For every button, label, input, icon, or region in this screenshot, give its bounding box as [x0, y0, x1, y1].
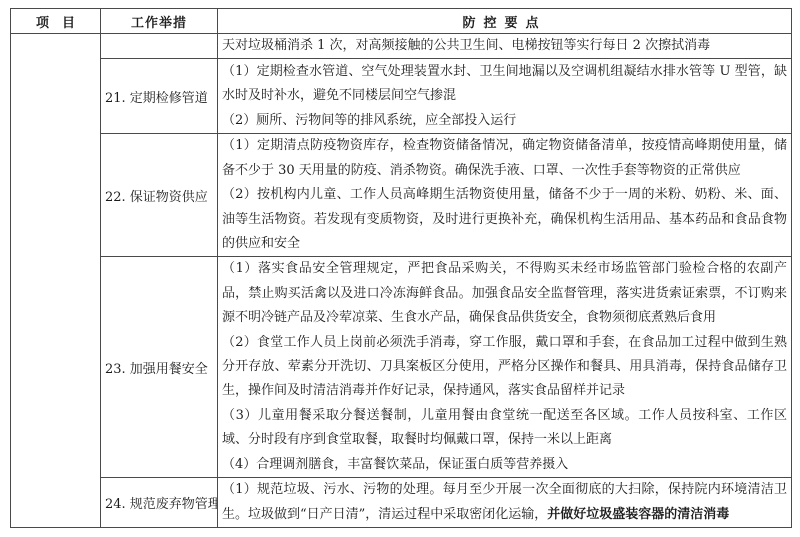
point-paragraph: 天对垃圾桶消杀 1 次，对高频接触的公共卫生间、电梯按钮等实行每日 2 次擦拭消… — [222, 34, 787, 58]
point-paragraph: （3）儿童用餐采取分餐送餐制，儿童用餐由食堂统一配送至各区域。工作人员按科室、工… — [222, 404, 787, 453]
table-row-22: 22. 保证物资供应 （1）定期清点防疫物资库存，检查物资储备情况，确定物资储备… — [11, 134, 792, 257]
table-row-23: 23. 加强用餐安全 （1）落实食品安全管理规定，严把食品采购关，不得购买未经市… — [11, 257, 792, 478]
point-paragraph: （1）规范垃圾、污水、污物的处理。每月至少开展一次全面彻底的大扫除，保持院内环境… — [222, 478, 787, 527]
points-cell: （1）定期清点防疫物资库存，检查物资储备情况，确定物资储备清单，按疫情高峰期使用… — [218, 134, 792, 257]
points-cell: （1）定期检查水管道、空气处理装置水封、卫生间地漏以及空调机组凝结水排水管等 U… — [218, 59, 792, 134]
point-paragraph: （2）厕所、污物间等的排风系统，应全部投入运行 — [222, 109, 787, 133]
measure-cell-23: 23. 加强用餐安全 — [101, 257, 218, 478]
measure-cell-empty — [101, 34, 218, 59]
header-measures: 工作举措 — [101, 9, 218, 34]
point-paragraph: （1）定期清点防疫物资库存，检查物资储备情况，确定物资储备清单，按疫情高峰期使用… — [222, 134, 787, 183]
point-paragraph: （1）定期检查水管道、空气处理装置水封、卫生间地漏以及空调机组凝结水排水管等 U… — [222, 60, 787, 109]
table-row-24: 24. 规范废弃物管理 （1）规范垃圾、污水、污物的处理。每月至少开展一次全面彻… — [11, 478, 792, 528]
measure-cell-22: 22. 保证物资供应 — [101, 134, 218, 257]
point-paragraph: （2）按机构内儿童、工作人员高峰期生活物资使用量，储备不少于一周的米粉、奶粉、米… — [222, 183, 787, 256]
project-merged-cell — [11, 34, 101, 528]
measure-cell-21: 21. 定期检修管道 — [101, 59, 218, 134]
table-row-21: 21. 定期检修管道 （1）定期检查水管道、空气处理装置水封、卫生间地漏以及空调… — [11, 59, 792, 134]
prevention-control-table: 项 目 工作举措 防控要点 天对垃圾桶消杀 1 次，对高频接触的公共卫生间、电梯… — [10, 8, 792, 528]
header-key-points: 防控要点 — [218, 9, 792, 34]
measure-cell-24: 24. 规范废弃物管理 — [101, 478, 218, 528]
point-paragraph: （4）合理调剂膳食，丰富餐饮菜品，保证蛋白质等营养摄入 — [222, 453, 787, 477]
document-page: 项 目 工作举措 防控要点 天对垃圾桶消杀 1 次，对高频接触的公共卫生间、电梯… — [0, 0, 800, 537]
points-cell: 天对垃圾桶消杀 1 次，对高频接触的公共卫生间、电梯按钮等实行每日 2 次擦拭消… — [218, 34, 792, 59]
points-cell: （1）规范垃圾、污水、污物的处理。每月至少开展一次全面彻底的大扫除，保持院内环境… — [218, 478, 792, 528]
table-header-row: 项 目 工作举措 防控要点 — [11, 9, 792, 34]
points-cell: （1）落实食品安全管理规定，严把食品采购关，不得购买未经市场监管部门验检合格的农… — [218, 257, 792, 478]
point-paragraph: （1）落实食品安全管理规定，严把食品采购关，不得购买未经市场监管部门验检合格的农… — [222, 257, 787, 330]
point-paragraph: （2）食堂工作人员上岗前必须洗手消毒，穿工作服，戴口罩和手套，在食品加工过程中做… — [222, 331, 787, 404]
point-bold-text: 并做好垃圾盛装容器的清洁消毒 — [547, 507, 729, 522]
header-project: 项 目 — [11, 9, 101, 34]
table-row-continuation: 天对垃圾桶消杀 1 次，对高频接触的公共卫生间、电梯按钮等实行每日 2 次擦拭消… — [11, 34, 792, 59]
